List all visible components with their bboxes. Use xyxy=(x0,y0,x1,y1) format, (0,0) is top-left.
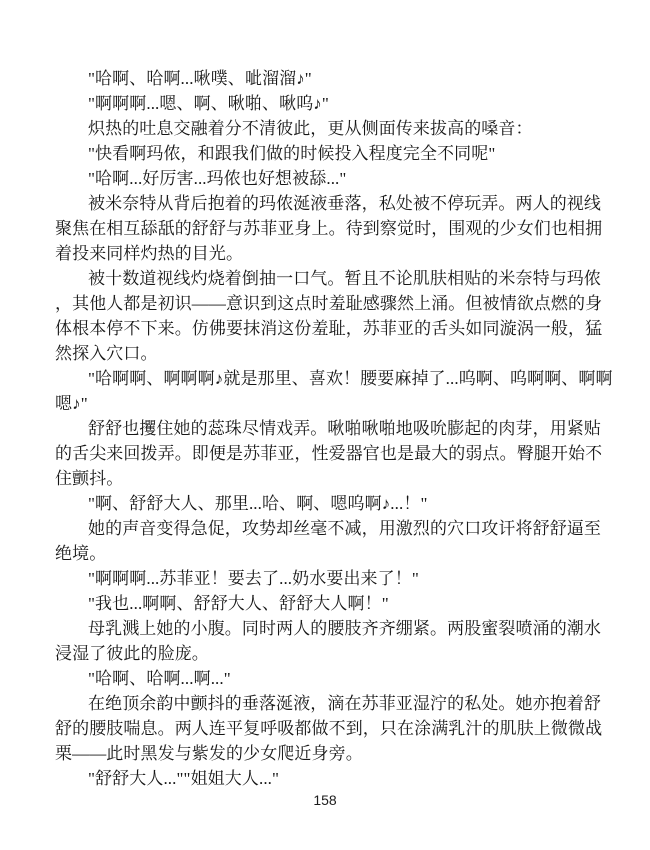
text-line: 炽热的吐息交融着分不清彼此，更从侧面传来拔高的嗓音： xyxy=(55,116,600,141)
text-line: 被十数道视线灼烧着倒抽一口气。暂且不论肌肤相贴的米奈特与玛侬 xyxy=(55,266,600,291)
text-line: "哈啊、哈啊...啊..." xyxy=(55,666,600,691)
text-line: ，其他人都是初识——意识到这点时羞耻感骤然上涌。但被情欲点燃的身 xyxy=(55,291,600,316)
text-line: 在绝顶余韵中颤抖的垂落涎液，滴在苏菲亚湿泞的私处。她亦抱着舒 xyxy=(55,691,600,716)
text-line: 然探入穴口。 xyxy=(55,341,600,366)
text-line: "哈啊...好厉害...玛侬也好想被舔..." xyxy=(55,166,600,191)
text-line: 住颤抖。 xyxy=(55,466,600,491)
text-line: 被米奈特从背后抱着的玛侬涎液垂落，私处被不停玩弄。两人的视线 xyxy=(55,191,600,216)
text-line: "我也...啊啊、舒舒大人、舒舒大人啊！" xyxy=(55,591,600,616)
text-line: "快看啊玛侬，和跟我们做的时候投入程度完全不同呢" xyxy=(55,141,600,166)
text-line: "啊、舒舒大人、那里...哈、啊、嗯呜啊♪...！" xyxy=(55,491,600,516)
text-line: 母乳溅上她的小腹。同时两人的腰肢齐齐绷紧。两股蜜裂喷涌的潮水 xyxy=(55,616,600,641)
text-line: 栗——此时黑发与紫发的少女爬近身旁。 xyxy=(55,741,600,766)
text-line: 体根本停不下来。仿佛要抹消这份羞耻，苏菲亚的舌头如同漩涡一般，猛 xyxy=(55,316,600,341)
text-line: 浸湿了彼此的脸庞。 xyxy=(55,641,600,666)
text-line: "哈啊啊、啊啊啊♪就是那里、喜欢！腰要麻掉了...呜啊、呜啊啊、啊啊 xyxy=(55,366,600,391)
text-line: 的舌尖来回拨弄。即便是苏菲亚，性爱器官也是最大的弱点。臀腿开始不 xyxy=(55,441,600,466)
text-line: 舒的腰肢喘息。两人连平复呼吸都做不到，只在涂满乳汁的肌肤上微微战 xyxy=(55,716,600,741)
text-line: 着投来同样灼热的目光。 xyxy=(55,241,600,266)
text-line: 她的声音变得急促，攻势却丝毫不减，用激烈的穴口攻讦将舒舒逼至 xyxy=(55,516,600,541)
text-line: "哈啊、哈啊...啾噗、呲溜溜♪" xyxy=(55,66,600,91)
text-line: "啊啊啊...嗯、啊、啾啪、啾呜♪" xyxy=(55,91,600,116)
book-page: "哈啊、哈啊...啾噗、呲溜溜♪""啊啊啊...嗯、啊、啾啪、啾呜♪"炽热的吐息… xyxy=(0,0,650,850)
text-line: 聚焦在相互舔舐的舒舒与苏菲亚身上。待到察觉时，围观的少女们也相拥 xyxy=(55,216,600,241)
text-block: "哈啊、哈啊...啾噗、呲溜溜♪""啊啊啊...嗯、啊、啾啪、啾呜♪"炽热的吐息… xyxy=(55,66,600,791)
text-line: 嗯♪" xyxy=(55,391,600,416)
text-line: "啊啊啊...苏菲亚！要去了...奶水要出来了！" xyxy=(55,566,600,591)
text-line: 绝境。 xyxy=(55,541,600,566)
text-line: 舒舒也攫住她的蕊珠尽情戏弄。啾啪啾啪地吸吮膨起的肉芽，用紧贴 xyxy=(55,416,600,441)
page-number: 158 xyxy=(0,792,650,808)
text-line: "舒舒大人...""姐姐大人..." xyxy=(55,766,600,791)
